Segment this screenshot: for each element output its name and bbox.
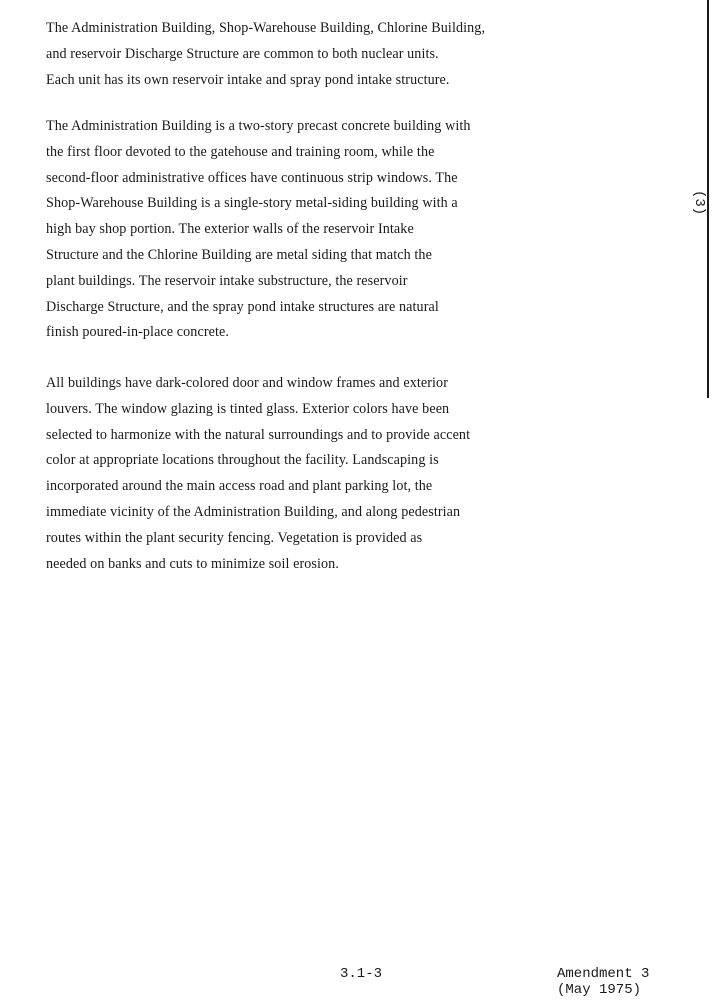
paragraph-common-structures: The Administration Building, Shop-Wareho… — [46, 15, 651, 92]
revision-bar — [707, 0, 709, 398]
revision-mark: (3) — [691, 190, 707, 215]
amendment-number: Amendment 3 — [557, 966, 649, 982]
document-page: The Administration Building, Shop-Wareho… — [0, 0, 727, 1000]
page-number: 3.1-3 — [340, 966, 382, 982]
paragraph-building-descriptions: The Administration Building is a two-sto… — [46, 113, 651, 345]
paragraph-exterior-finishes: All buildings have dark-colored door and… — [46, 370, 651, 576]
amendment-label: Amendment 3 (May 1975) — [557, 966, 649, 998]
amendment-date: (May 1975) — [557, 982, 649, 998]
